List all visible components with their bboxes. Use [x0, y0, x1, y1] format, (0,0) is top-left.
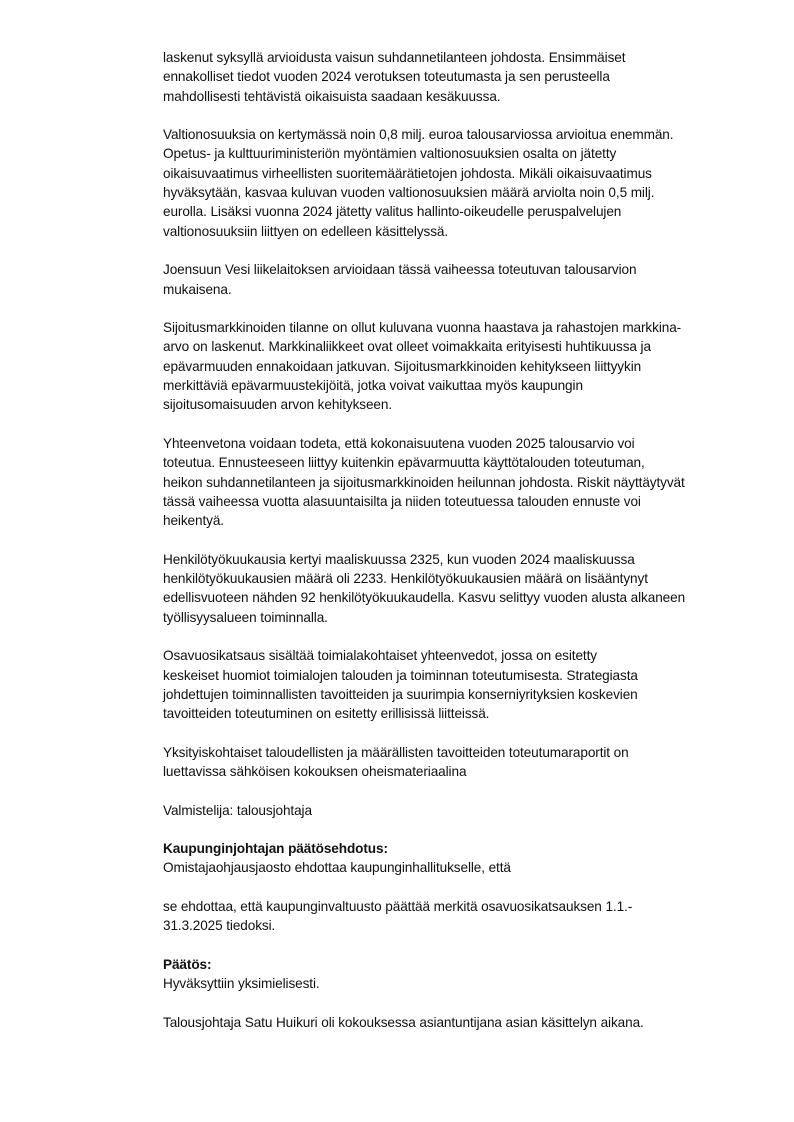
paragraph: Sijoitusmarkkinoiden tilanne on ollut ku…	[163, 318, 763, 414]
paragraph-line: Henkilötyökuukausia kertyi maaliskuussa …	[163, 550, 763, 569]
paragraph-line: Yhteenvetona voidaan todeta, että kokona…	[163, 434, 763, 453]
paragraph-line: heikon suhdannetilanteen ja sijoitusmark…	[163, 473, 763, 492]
paragraph-line: epävarmuuden ennakoidaan jatkuvan. Sijoi…	[163, 357, 763, 376]
decision-text: Hyväksyttiin yksimielisesti.	[163, 974, 763, 993]
paragraph-line: heikentyä.	[163, 511, 763, 530]
paragraph-line: Valmistelija: talousjohtaja	[163, 801, 763, 820]
proposal-continuation: se ehdottaa, että kaupunginvaltuusto pää…	[163, 897, 763, 936]
paragraph-line: tässä vaiheessa vuotta alasuuntaisilta j…	[163, 492, 763, 511]
paragraph-line: keskeiset huomiot toimialojen talouden j…	[163, 666, 763, 685]
paragraph-line: oikaisuvaatimus virheellisten suoritemää…	[163, 164, 763, 183]
proposal-continuation-line: se ehdottaa, että kaupunginvaltuusto pää…	[163, 897, 763, 916]
paragraph: Joensuun Vesi liikelaitoksen arvioidaan …	[163, 260, 763, 299]
paragraph-line: luettavissa sähköisen kokouksen oheismat…	[163, 762, 763, 781]
paragraph: laskenut syksyllä arvioidusta vaisun suh…	[163, 48, 763, 106]
paragraph: Osavuosikatsaus sisältää toimialakohtais…	[163, 646, 763, 723]
paragraph-line: Joensuun Vesi liikelaitoksen arvioidaan …	[163, 260, 763, 279]
paragraph: Valtionosuuksia on kertymässä noin 0,8 m…	[163, 125, 763, 241]
paragraph-line: merkittäviä epävarmuustekijöitä, jotka v…	[163, 376, 763, 395]
paragraph: Valmistelija: talousjohtaja	[163, 801, 763, 820]
document-page: laskenut syksyllä arvioidusta vaisun suh…	[163, 48, 763, 1051]
paragraph-line: sijoitusomaisuuden arvon kehitykseen.	[163, 395, 763, 414]
paragraph-line: johdettujen toiminnallisten tavoitteiden…	[163, 685, 763, 704]
closing-note: Talousjohtaja Satu Huikuri oli kokoukses…	[163, 1013, 763, 1032]
paragraph-line: mukaisena.	[163, 280, 763, 299]
paragraph-line: Opetus- ja kulttuuriministeriön myöntämi…	[163, 144, 763, 163]
decision-heading: Päätös:	[163, 955, 763, 974]
paragraph-line: laskenut syksyllä arvioidusta vaisun suh…	[163, 48, 763, 67]
body-paragraphs: laskenut syksyllä arvioidusta vaisun suh…	[163, 48, 763, 820]
paragraph-line: toteutua. Ennusteeseen liittyy kuitenkin…	[163, 453, 763, 472]
paragraph-line: eurolla. Lisäksi vuonna 2024 jätetty val…	[163, 202, 763, 221]
paragraph-line: työllisyysalueen toiminnalla.	[163, 608, 763, 627]
paragraph-line: Sijoitusmarkkinoiden tilanne on ollut ku…	[163, 318, 763, 337]
proposal-continuation-line: 31.3.2025 tiedoksi.	[163, 916, 763, 935]
paragraph-line: hyväksytään, kasvaa kuluvan vuoden valti…	[163, 183, 763, 202]
paragraph-line: tavoitteiden toteutuminen on esitetty er…	[163, 704, 763, 723]
proposal-section: Kaupunginjohtajan päätösehdotus: Omistaj…	[163, 839, 763, 878]
closing-text: Talousjohtaja Satu Huikuri oli kokoukses…	[163, 1013, 763, 1032]
decision-section: Päätös: Hyväksyttiin yksimielisesti.	[163, 955, 763, 994]
proposal-text: Omistajaohjausjaosto ehdottaa kaupunginh…	[163, 858, 763, 877]
paragraph: Yhteenvetona voidaan todeta, että kokona…	[163, 434, 763, 530]
paragraph-line: Valtionosuuksia on kertymässä noin 0,8 m…	[163, 125, 763, 144]
paragraph-line: arvo on laskenut. Markkinaliikkeet ovat …	[163, 337, 763, 356]
paragraph-line: mahdollisesti tehtävistä oikaisuista saa…	[163, 87, 763, 106]
paragraph: Yksityiskohtaiset taloudellisten ja määr…	[163, 743, 763, 782]
paragraph: Henkilötyökuukausia kertyi maaliskuussa …	[163, 550, 763, 627]
proposal-heading: Kaupunginjohtajan päätösehdotus:	[163, 839, 763, 858]
paragraph-line: valtionosuuksiin liittyen on edelleen kä…	[163, 222, 763, 241]
paragraph-line: Yksityiskohtaiset taloudellisten ja määr…	[163, 743, 763, 762]
paragraph-line: Osavuosikatsaus sisältää toimialakohtais…	[163, 646, 763, 665]
paragraph-line: edellisvuoteen nähden 92 henkilötyökuuka…	[163, 588, 763, 607]
paragraph-line: ennakolliset tiedot vuoden 2024 verotuks…	[163, 67, 763, 86]
paragraph-line: henkilötyökuukausien määrä oli 2233. Hen…	[163, 569, 763, 588]
